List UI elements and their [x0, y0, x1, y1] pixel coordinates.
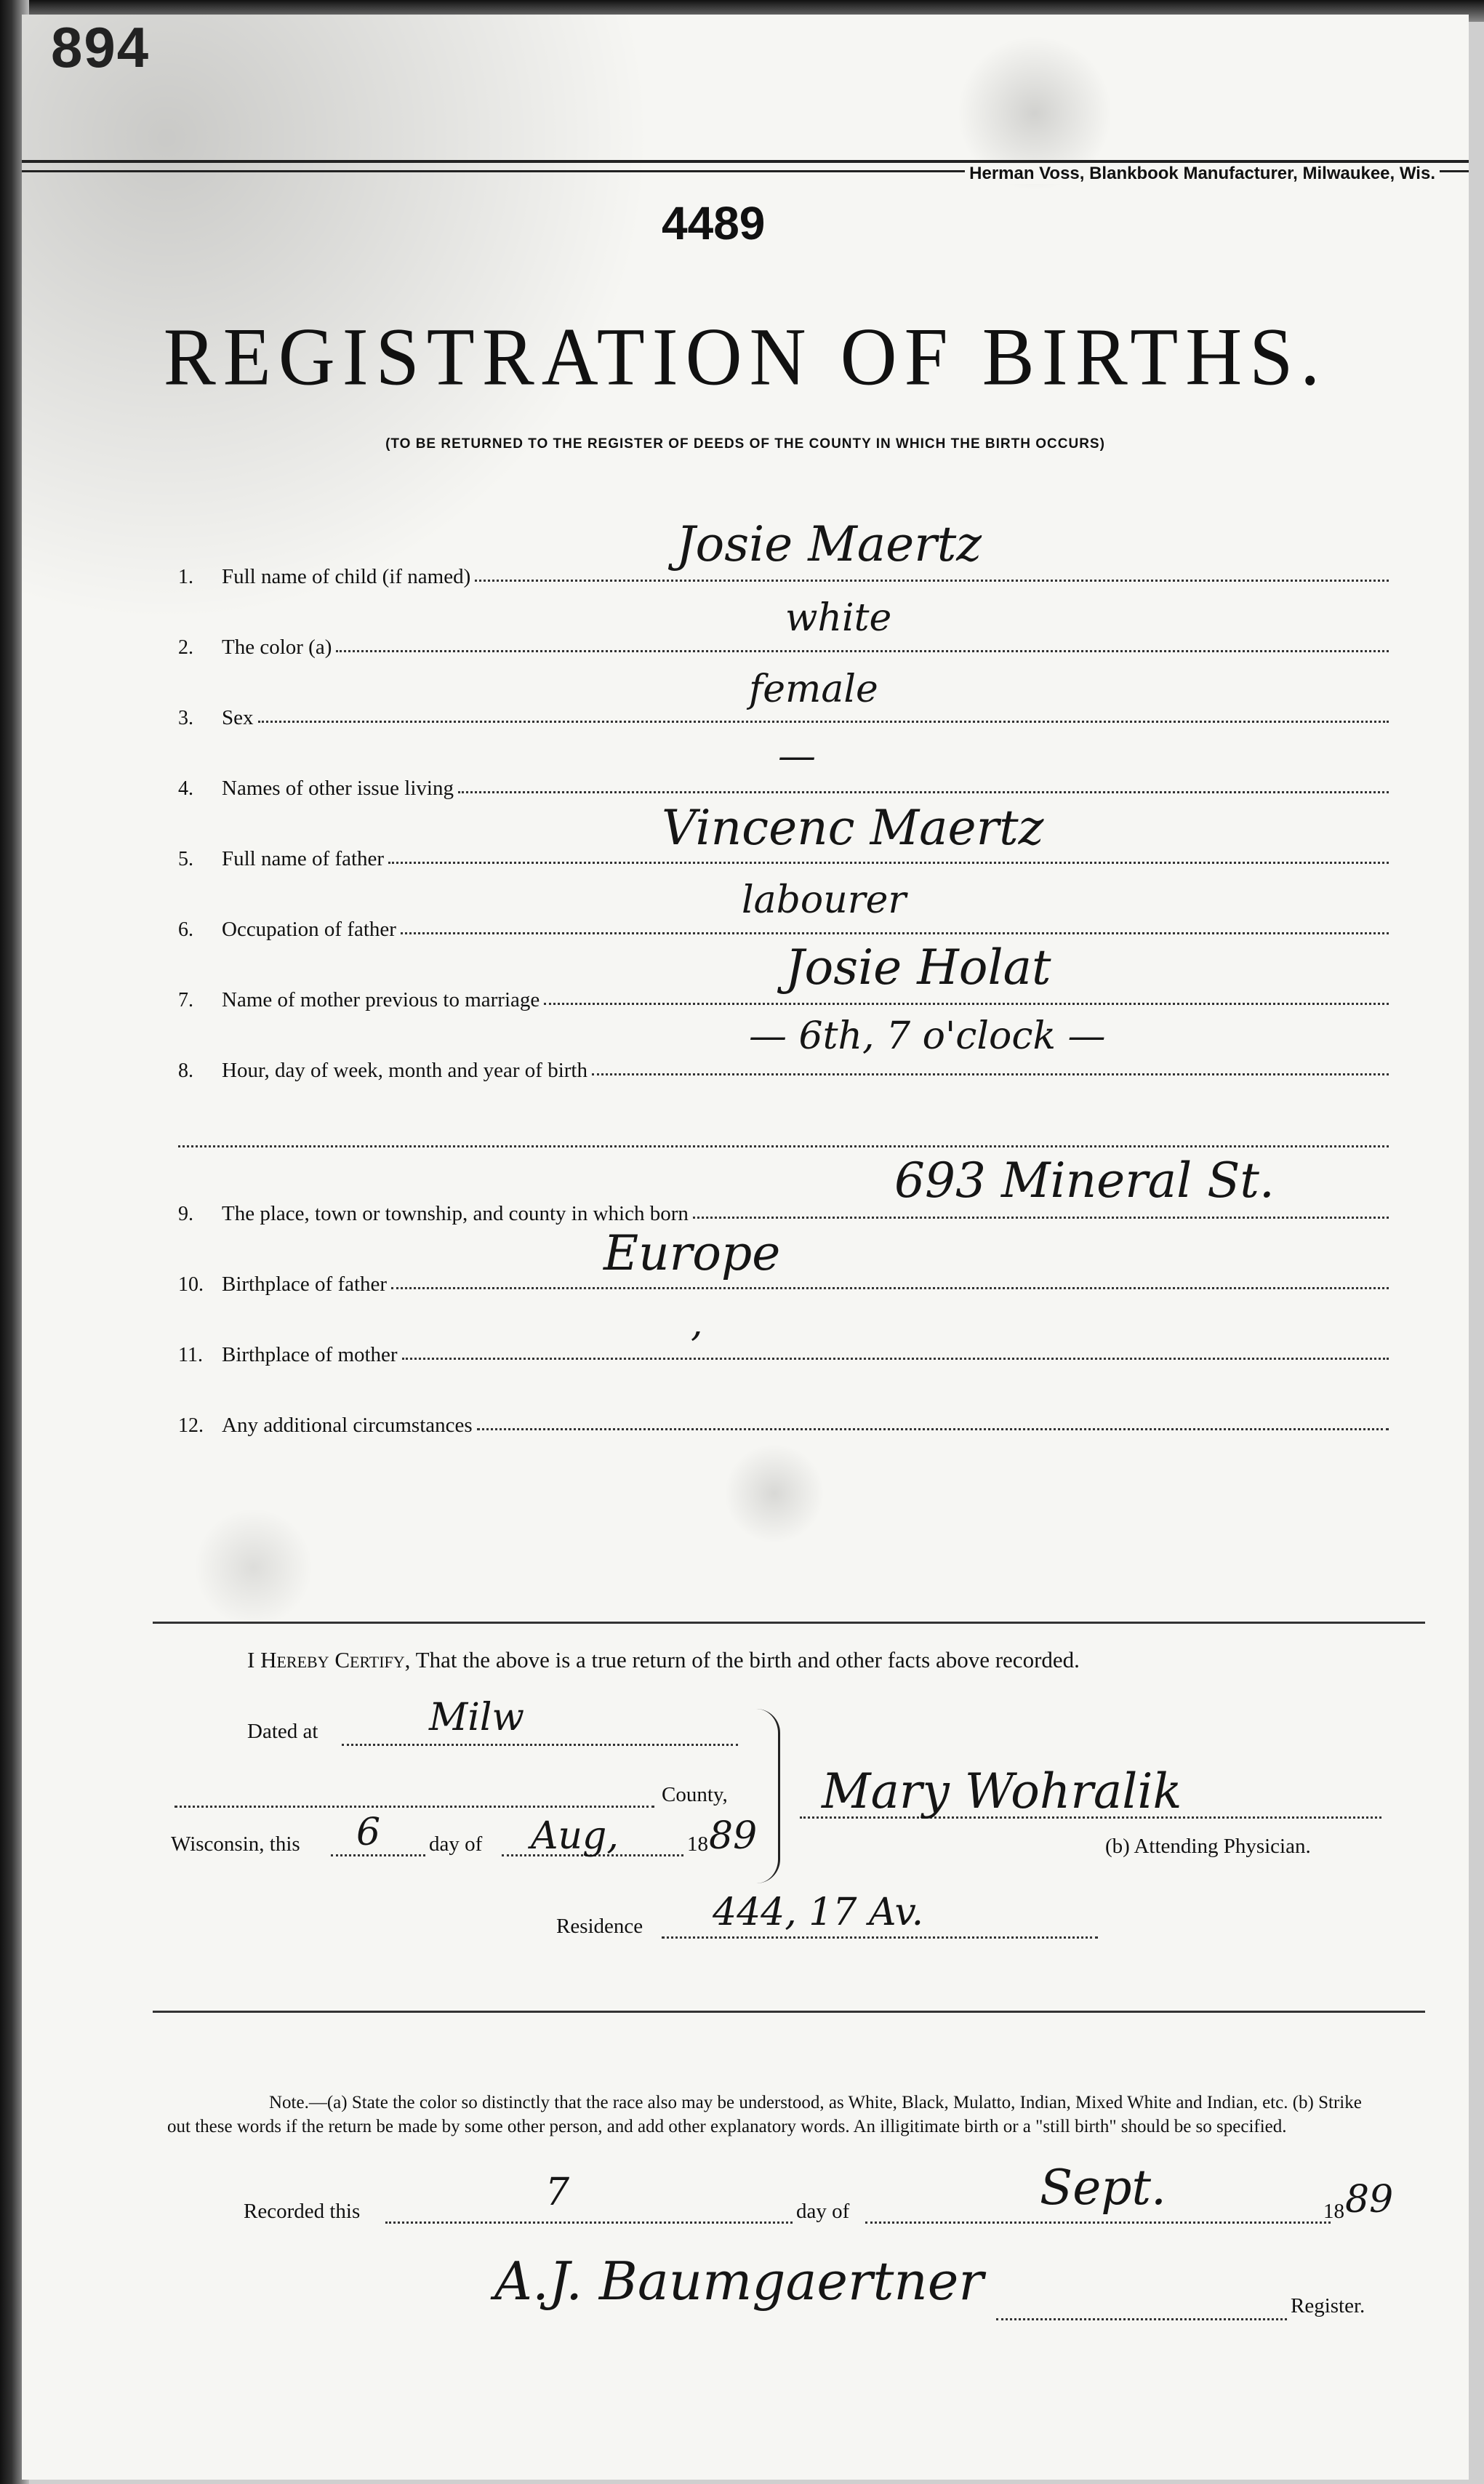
attending-physician-label: (b) Attending Physician. [1105, 1835, 1311, 1859]
field-line [592, 1072, 1389, 1075]
field-label: Any additional circumstances [222, 1414, 477, 1438]
continuation-line [178, 1145, 1389, 1147]
corner-page-number: 894 [51, 15, 150, 81]
registration-number: 4489 [662, 196, 765, 250]
county-line [175, 1806, 654, 1808]
field-number: 8. [178, 1059, 222, 1083]
field-number: 12. [178, 1414, 222, 1438]
field-number: 6. [178, 918, 222, 942]
printer-imprint: Herman Voss, Blankbook Manufacturer, Mil… [965, 164, 1440, 184]
residence-label: Residence [556, 1915, 643, 1939]
day-value: 6 [356, 1811, 380, 1854]
field-number: 3. [178, 707, 222, 730]
recorded-month-line [865, 2221, 1331, 2224]
recorded-day-of-label: day of [796, 2200, 849, 2224]
dated-at-value: Milw [429, 1696, 524, 1739]
field-row-additional-circumstances: 12. Any additional circumstances [178, 1394, 1389, 1438]
field-value-sex: female [749, 668, 878, 711]
field-row-color: 2. The color (a) [178, 616, 1389, 660]
certify-lead: I Hereby Certify, [247, 1647, 410, 1672]
field-line [693, 1215, 1389, 1219]
field-line [544, 1001, 1389, 1005]
register-label: Register. [1291, 2294, 1365, 2318]
field-label: Hour, day of week, month and year of bir… [222, 1059, 592, 1083]
field-line [388, 860, 1389, 864]
field-value-father-occupation: labourer [742, 878, 906, 922]
birth-registration-form: 894 Herman Voss, Blankbook Manufacturer,… [22, 15, 1469, 2480]
field-label: Name of mother previous to marriage [222, 988, 544, 1012]
field-line [477, 1427, 1389, 1430]
section-divider [153, 1622, 1425, 1624]
brace-decoration [756, 1709, 780, 1883]
year-prefix: 18 [687, 1832, 708, 1856]
field-label: Birthplace of mother [222, 1343, 402, 1367]
recorded-this-label: Recorded this [244, 2200, 360, 2224]
field-label: The place, town or township, and county … [222, 1202, 693, 1226]
form-title: REGISTRATION OF BIRTHS. [22, 310, 1469, 405]
certify-text: That the above is a true return of the b… [416, 1647, 1080, 1672]
residence-line [662, 1936, 1098, 1939]
field-label: Names of other issue living [222, 777, 458, 801]
field-number: 4. [178, 777, 222, 801]
field-label: Full name of child (if named) [222, 565, 475, 589]
field-number: 9. [178, 1203, 222, 1226]
field-value-birth-time: — 6th, 7 o'clock — [749, 1014, 1106, 1058]
field-value-other-issue: — [778, 734, 816, 778]
field-value-mother-birthplace: , [691, 1302, 703, 1345]
recorded-year-value: 89 [1345, 2178, 1393, 2221]
field-number: 1. [178, 566, 222, 589]
physician-signature: Mary Wohralik [822, 1763, 1182, 1819]
register-line [996, 2318, 1287, 2320]
recorded-day-value: 7 [545, 2171, 569, 2214]
day-line [331, 1854, 425, 1856]
field-value-color: white [785, 596, 891, 640]
field-value-father-birthplace: Europe [603, 1225, 780, 1281]
year-value: 89 [709, 1814, 757, 1858]
field-number: 5. [178, 848, 222, 871]
footnote: Note.—(a) State the color so distinctly … [167, 2091, 1389, 2139]
section-divider [153, 2011, 1425, 2013]
field-number: 2. [178, 636, 222, 660]
field-line [401, 931, 1389, 934]
form-subtitle: (TO BE RETURNED TO THE REGISTER OF DEEDS… [22, 436, 1469, 452]
field-number: 10. [178, 1273, 222, 1297]
field-label: The color (a) [222, 636, 336, 660]
recorded-month-value: Sept. [1040, 2160, 1166, 2216]
recorded-day-line [385, 2221, 793, 2224]
field-row-mother-birthplace: 11. Birthplace of mother [178, 1323, 1389, 1367]
day-of-label: day of [429, 1832, 482, 1856]
field-row-mother-maiden-name: 7. Name of mother previous to marriage [178, 969, 1389, 1012]
field-number: 7. [178, 989, 222, 1012]
certification-statement: I Hereby Certify, That the above is a tr… [247, 1647, 1080, 1673]
field-value-birth-place: 693 Mineral St. [894, 1153, 1275, 1209]
county-label: County, [662, 1783, 728, 1807]
dated-at-label: Dated at [247, 1720, 318, 1744]
field-row-father-birthplace: 10. Birthplace of father [178, 1253, 1389, 1297]
field-line [458, 790, 1389, 793]
field-line [391, 1286, 1389, 1289]
field-line [336, 649, 1389, 652]
wisconsin-this-label: Wisconsin, this [171, 1832, 300, 1856]
month-value: Aug, [531, 1814, 619, 1858]
field-number: 11. [178, 1344, 222, 1367]
field-value-child-name: Josie Maertz [676, 516, 982, 572]
field-value-mother-maiden-name: Josie Holat [785, 939, 1051, 995]
recorded-year-prefix: 18 [1323, 2200, 1344, 2224]
field-label: Birthplace of father [222, 1273, 391, 1297]
field-line [475, 578, 1389, 582]
field-label: Sex [222, 706, 258, 730]
field-label: Full name of father [222, 847, 388, 871]
dated-at-line [342, 1744, 738, 1746]
field-line [258, 719, 1389, 723]
register-signature: A.J. Baumgaertner [494, 2251, 984, 2312]
field-value-father-name: Vincenc Maertz [662, 800, 1043, 856]
field-line [402, 1356, 1389, 1360]
residence-value: 444, 17 Av. [713, 1891, 923, 1934]
field-label: Occupation of father [222, 918, 401, 942]
